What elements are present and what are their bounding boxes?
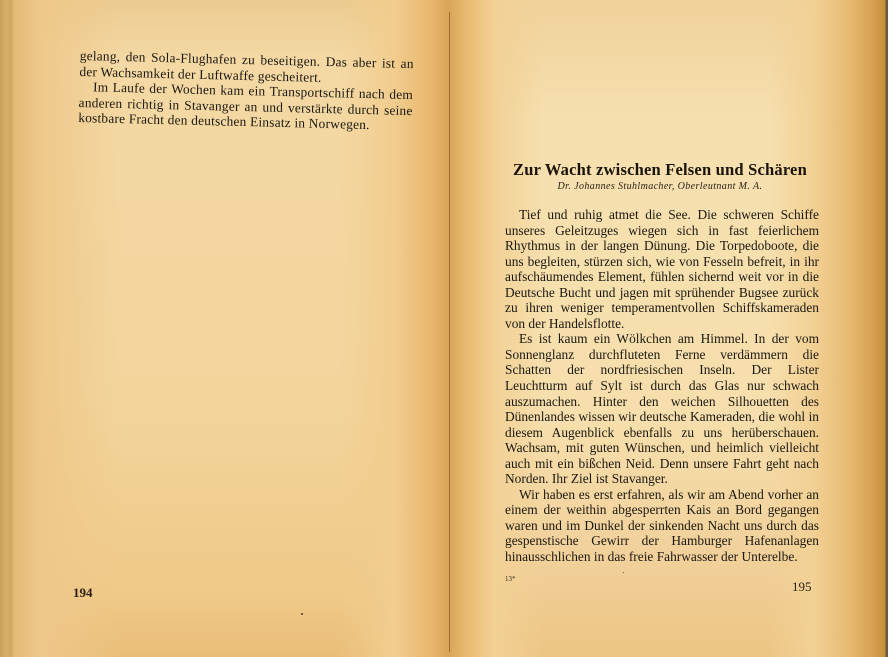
paragraph: Wir haben es erst erfahren, als wir am A… <box>505 487 819 565</box>
chapter-author: Dr. Johannes Stuhlmacher, Oberleutnant M… <box>490 181 830 192</box>
paragraph: Im Laufe der Wochen kam ein Transportsch… <box>78 79 413 134</box>
paragraph: Es ist kaum ein Wölkchen am Himmel. In d… <box>505 331 819 486</box>
page-number-right: 195 <box>792 579 812 595</box>
signature-mark: 13* <box>505 575 516 583</box>
paper-speck <box>623 572 624 573</box>
paragraph: Tief und ruhig atmet die See. Die schwer… <box>505 207 819 331</box>
book-gutter <box>449 12 450 652</box>
chapter-title: Zur Wacht zwischen Felsen und Schären <box>490 160 830 180</box>
right-page-body: Tief und ruhig atmet die See. Die schwer… <box>505 207 819 565</box>
left-page-body: gelang, den Sola-Flughafen zu beseitigen… <box>78 48 414 134</box>
open-book-spread: gelang, den Sola-Flughafen zu beseitigen… <box>0 0 888 657</box>
page-number-left: 194 <box>73 585 93 601</box>
paper-speck <box>301 613 303 615</box>
